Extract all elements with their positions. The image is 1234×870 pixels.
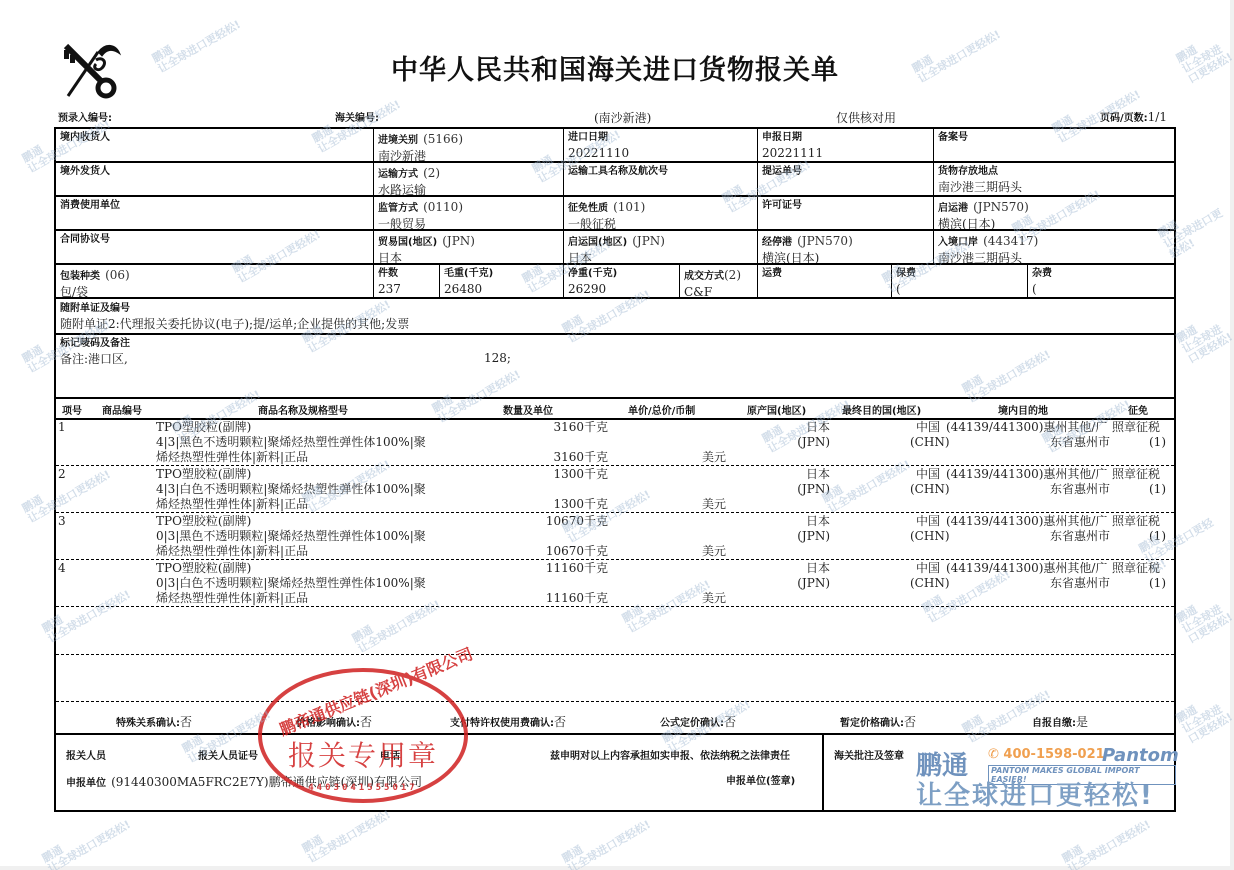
- field-code: (2): [724, 268, 741, 282]
- formula-pricing-confirm: 公式定价确认:否: [660, 711, 736, 730]
- levy-mode: 照章征税: [1112, 467, 1160, 482]
- field-label: 入境口岸: [938, 237, 978, 248]
- field-label: 合同协议号: [60, 232, 369, 247]
- brand-watermark-small: 鹏通让全球进口更轻松!: [40, 808, 133, 870]
- quantity-line1: 1300千克: [553, 467, 608, 482]
- destination-country: 中国: [916, 467, 940, 482]
- company-seal: 鹏帝通供应链(深圳)有限公司 报关专用章 4403041555017: [258, 668, 468, 803]
- page-indicator: 页码/页数:1/1: [1100, 109, 1167, 124]
- supervision-mode-cell: 监管方式 (0110) 一般贸易: [374, 197, 564, 231]
- contract-number-cell: 合同协议号: [56, 231, 374, 265]
- field-value: 26290: [568, 281, 675, 297]
- confirm-value: 否: [904, 715, 916, 729]
- declaring-unit-label: 申报单位: [66, 778, 106, 789]
- origin-country: 日本: [806, 514, 830, 529]
- departure-port-cell: 启运港 (JPN570) 横滨(日本): [934, 197, 1174, 231]
- declarant-label: 报关人员: [66, 747, 106, 762]
- field-code: (JPN570): [973, 200, 1029, 214]
- field-label: 杂费: [1032, 266, 1170, 281]
- goods-name: TPO塑胶粒(副牌): [156, 514, 251, 529]
- field-value: 横滨(日本): [938, 216, 1170, 231]
- footer-divider: [822, 733, 824, 810]
- remarks-extra: 128;: [484, 351, 511, 365]
- field-value: 一般征税: [568, 216, 753, 231]
- quantity-line1: 3160千克: [553, 420, 608, 435]
- goods-spec-line2: 烯烃热塑性弹性体|新料|正品: [156, 497, 308, 512]
- domestic-destination-line1: (44139/441300)惠州其他/广: [946, 514, 1107, 529]
- field-value: 水路运输: [378, 182, 559, 197]
- field-label: 贸易国(地区): [378, 237, 437, 248]
- phone-number: ✆ 400-1598-021: [988, 747, 1105, 762]
- trade-country-cell: 贸易国(地区) (JPN) 日本: [374, 231, 564, 265]
- field-value: (: [1032, 281, 1170, 297]
- domestic-destination-line1: (44139/441300)惠州其他/广: [946, 561, 1107, 576]
- goods-spec-line1: 0|3|黑色不透明颗粒|聚烯烃热塑性弹性体100%|聚: [156, 529, 426, 544]
- domestic-destination-line2: 东省惠州市: [1050, 435, 1110, 450]
- check-only-note: 仅供核对用: [836, 109, 896, 126]
- field-label: 境内收货人: [60, 130, 369, 145]
- header-grid: 境内收货人 进境关别 (5166) 南沙新港 进口日期 20221110 申报日…: [54, 127, 1176, 299]
- col-header-destination: 最终目的国(地区): [842, 402, 921, 417]
- brand-watermark-small: 鹏通让全球进口更轻松!: [1060, 808, 1153, 870]
- customs-declaration-page: 中华人民共和国海关进口货物报关单 预录入编号: 海关编号: (南沙新港) 仅供核…: [0, 0, 1230, 866]
- col-header-origin: 原产国(地区): [747, 402, 806, 417]
- field-code: (443417): [983, 234, 1038, 248]
- field-code: (0110): [423, 200, 463, 214]
- quantity-line2: 11160千克: [546, 591, 608, 606]
- sign-label: 申报单位(签章): [726, 772, 795, 787]
- levy-code: (1): [1149, 529, 1166, 544]
- domestic-destination-line2: 东省惠州市: [1050, 529, 1110, 544]
- domestic-consignee-cell: 境内收货人: [56, 129, 374, 163]
- col-header-levy: 征免: [1128, 402, 1148, 417]
- field-label: 运输工具名称及航次号: [568, 164, 753, 179]
- entry-port-cell: 入境口岸 (443417) 南沙港三期码头: [934, 231, 1174, 265]
- field-label: 经停港: [762, 237, 792, 248]
- field-label: 启运国(地区): [568, 237, 627, 248]
- brand-watermark-small: 鹏通让全球进口更轻松!: [1174, 590, 1234, 646]
- field-value: 26480: [444, 281, 559, 297]
- origin-country: 日本: [806, 561, 830, 576]
- field-label: 保费: [896, 266, 1023, 281]
- field-label: 境外发货人: [60, 164, 369, 179]
- confirm-value: 否: [724, 715, 736, 729]
- declarant-id-label: 报关人员证号: [198, 747, 258, 762]
- seal-number: 4403041555017: [262, 783, 464, 793]
- confirm-value: 是: [1076, 715, 1088, 729]
- field-label: 提运单号: [762, 164, 929, 179]
- package-type-cell: 包装种类 (06) 包/袋: [56, 265, 374, 297]
- goods-spec-line2: 烯烃热塑性弹性体|新料|正品: [156, 591, 308, 606]
- field-code: (JPN570): [797, 234, 853, 248]
- origin-code: (JPN): [797, 576, 830, 591]
- brand-watermark: 鹏通 ✆ 400-1598-021 Pantom PANTOM MAKES GL…: [916, 745, 1176, 805]
- field-label: 征免性质: [568, 203, 608, 214]
- field-value: 一般贸易: [378, 216, 559, 231]
- field-value: 日本: [568, 250, 753, 265]
- customs-approval-label: 海关批注及签章: [834, 747, 904, 762]
- import-date-cell: 进口日期 20221110: [564, 129, 758, 163]
- transport-mode-cell: 运输方式 (2) 水路运输: [374, 163, 564, 197]
- bill-of-lading-cell: 提运单号: [758, 163, 934, 197]
- levy-code: (1): [1149, 435, 1166, 450]
- field-value: 南沙新港: [378, 148, 559, 163]
- field-value: (: [896, 281, 1023, 297]
- consumer-unit-cell: 消费使用单位: [56, 197, 374, 231]
- record-number-cell: 备案号: [934, 129, 1174, 163]
- confirm-value: 否: [180, 715, 192, 729]
- storage-location-cell: 货物存放地点 南沙港三期码头: [934, 163, 1174, 197]
- field-label: 申报日期: [762, 130, 929, 145]
- field-label: 启运港: [938, 203, 968, 214]
- transit-port-cell: 经停港 (JPN570) 横滨(日本): [758, 231, 934, 265]
- customs-number-label: 海关编号:: [335, 109, 379, 124]
- confirm-label: 特殊关系确认:: [116, 718, 180, 729]
- vessel-voyage-cell: 运输工具名称及航次号: [564, 163, 758, 197]
- field-label: 备案号: [938, 130, 1170, 145]
- currency: 美元: [702, 497, 726, 512]
- quantity-line2: 3160千克: [553, 450, 608, 465]
- remarks: 标记唛码及备注 备注:港口区,: [60, 336, 130, 367]
- remarks-value: 备注:港口区,: [60, 351, 130, 367]
- field-label: 进境关别: [378, 135, 418, 146]
- origin-country: 日本: [806, 467, 830, 482]
- field-label: 货物存放地点: [938, 164, 1170, 179]
- overseas-consignor-cell: 境外发货人: [56, 163, 374, 197]
- phone-icon: ✆: [988, 747, 1003, 762]
- field-code: (06): [105, 268, 130, 282]
- field-label: 许可证号: [762, 198, 929, 213]
- quantity-line2: 1300千克: [553, 497, 608, 512]
- field-code: (JPN): [442, 234, 475, 248]
- col-header-domestic-destination: 境内目的地: [998, 402, 1048, 417]
- confirm-label: 公式定价确认:: [660, 718, 724, 729]
- field-label: 净重(千克): [568, 266, 675, 281]
- declaration-date-cell: 申报日期 20221111: [758, 129, 934, 163]
- destination-code: (CHN): [910, 435, 950, 450]
- currency: 美元: [702, 544, 726, 559]
- field-value: 包/袋: [60, 284, 369, 297]
- destination-code: (CHN): [910, 529, 950, 544]
- attached-docs-value: 随附单证2:代理报关委托协议(电子);提/运单;企业提供的其他;发票: [60, 316, 409, 332]
- field-label: 运费: [762, 266, 887, 281]
- confirm-value: 否: [554, 715, 566, 729]
- item-no: 4: [58, 561, 66, 576]
- col-header-quantity: 数量及单位: [503, 402, 553, 417]
- destination-country: 中国: [916, 420, 940, 435]
- field-code: (101): [613, 200, 645, 214]
- attached-docs: 随附单证及编号 随附单证2:代理报关委托协议(电子);提/运单;企业提供的其他;…: [60, 301, 409, 332]
- confirm-label: 暂定价格确认:: [840, 718, 904, 729]
- destination-country: 中国: [916, 514, 940, 529]
- col-header-item-no: 项号: [62, 402, 82, 417]
- origin-code: (JPN): [797, 482, 830, 497]
- field-value: 南沙港三期码头: [938, 250, 1170, 265]
- goods-name: TPO塑胶粒(副牌): [156, 420, 251, 435]
- package-count-cell: 件数 237: [374, 265, 440, 297]
- currency: 美元: [702, 591, 726, 606]
- pre-entry-number-label: 预录入编号:: [58, 109, 112, 124]
- field-code: (JPN): [632, 234, 665, 248]
- field-label: 进口日期: [568, 130, 753, 145]
- brand-name-en: Pantom: [1102, 745, 1179, 766]
- levy-mode: 照章征税: [1112, 514, 1160, 529]
- provisional-price-confirm: 暂定价格确认:否: [840, 711, 916, 730]
- levy-code: (1): [1149, 576, 1166, 591]
- field-value: 237: [378, 281, 435, 297]
- self-declare-confirm: 自报自缴:是: [1032, 711, 1088, 730]
- insurance-cell: 保费 (: [892, 265, 1028, 297]
- goods-spec-line2: 烯烃热塑性弹性体|新料|正品: [156, 450, 308, 465]
- port-note: (南沙新港): [594, 109, 651, 126]
- field-code: (5166): [423, 132, 463, 146]
- brand-watermark-small: 鹏通让全球进口更轻松!: [1174, 690, 1234, 746]
- entry-customs-cell: 进境关别 (5166) 南沙新港: [374, 129, 564, 163]
- confirm-label: 自报自缴:: [1032, 718, 1076, 729]
- levy-nature-cell: 征免性质 (101) 一般征税: [564, 197, 758, 231]
- page-label: 页码/页数:: [1100, 113, 1148, 124]
- origin-code: (JPN): [797, 435, 830, 450]
- field-label: 成交方式: [684, 271, 724, 282]
- goods-spec-line1: 0|3|白色不透明颗粒|聚烯烃热塑性弹性体100%|聚: [156, 576, 426, 591]
- body-grid: 随附单证及编号 随附单证2:代理报关委托协议(电子);提/运单;企业提供的其他;…: [54, 297, 1176, 812]
- freight-cell: 运费: [758, 265, 892, 297]
- attached-docs-label: 随附单证及编号: [60, 301, 409, 316]
- brand-slogan-cn: 让全球进口更轻松!: [916, 775, 1154, 812]
- col-header-goods-name: 商品名称及规格型号: [258, 402, 348, 417]
- origin-country: 日本: [806, 420, 830, 435]
- quantity-line1: 10670千克: [546, 514, 608, 529]
- goods-spec-line2: 烯烃热塑性弹性体|新料|正品: [156, 544, 308, 559]
- item-no: 3: [58, 514, 66, 529]
- quantity-line2: 10670千克: [546, 544, 608, 559]
- item-no: 1: [58, 420, 66, 435]
- departure-country-cell: 启运国(地区) (JPN) 日本: [564, 231, 758, 265]
- phone-text: 400-1598-021: [1003, 747, 1104, 762]
- field-label: 件数: [378, 266, 435, 281]
- goods-name: TPO塑胶粒(副牌): [156, 561, 251, 576]
- goods-name: TPO塑胶粒(副牌): [156, 467, 251, 482]
- brand-watermark-small: 鹏通让全球进口更轻松!: [1174, 310, 1234, 366]
- field-value: 20221110: [568, 145, 753, 161]
- field-value: C&F: [684, 284, 753, 297]
- item-no: 2: [58, 467, 66, 482]
- field-label: 消费使用单位: [60, 198, 369, 213]
- domestic-destination-line2: 东省惠州市: [1050, 482, 1110, 497]
- net-weight-cell: 净重(千克) 26290: [564, 265, 680, 297]
- field-value: 20221111: [762, 145, 929, 161]
- domestic-destination-line1: (44139/441300)惠州其他/广: [946, 420, 1107, 435]
- field-label: 监管方式: [378, 203, 418, 214]
- field-value: 横滨(日本): [762, 250, 929, 265]
- quantity-line1: 11160千克: [546, 561, 608, 576]
- field-code: (2): [423, 166, 440, 180]
- levy-mode: 照章征税: [1112, 561, 1160, 576]
- currency: 美元: [702, 450, 726, 465]
- levy-mode: 照章征税: [1112, 420, 1160, 435]
- special-relation-confirm: 特殊关系确认:否: [116, 711, 192, 730]
- remarks-label: 标记唛码及备注: [60, 336, 130, 351]
- destination-code: (CHN): [910, 576, 950, 591]
- page-value: 1/1: [1148, 110, 1167, 124]
- document-title: 中华人民共和国海关进口货物报关单: [0, 48, 1230, 87]
- destination-country: 中国: [916, 561, 940, 576]
- gross-weight-cell: 毛重(千克) 26480: [440, 265, 564, 297]
- field-label: 包装种类: [60, 271, 100, 282]
- domestic-destination-line2: 东省惠州市: [1050, 576, 1110, 591]
- field-label: 毛重(千克): [444, 266, 559, 281]
- seal-center-text: 报关专用章: [262, 734, 464, 774]
- brand-watermark-small: 鹏通让全球进口更轻松!: [560, 808, 653, 870]
- levy-code: (1): [1149, 482, 1166, 497]
- goods-spec-line1: 4|3|黑色不透明颗粒|聚烯烃热塑性弹性体100%|聚: [156, 435, 426, 450]
- transaction-mode-cell: 成交方式(2) C&F: [680, 265, 758, 297]
- field-label: 运输方式: [378, 169, 418, 180]
- license-number-cell: 许可证号: [758, 197, 934, 231]
- origin-code: (JPN): [797, 529, 830, 544]
- col-header-hs-code: 商品编号: [102, 402, 142, 417]
- royalty-confirm: 支付特许权使用费确认:否: [450, 711, 566, 730]
- field-value: 日本: [378, 250, 559, 265]
- col-header-price: 单价/总价/币制: [628, 402, 695, 417]
- field-value: 南沙港三期码头: [938, 179, 1170, 195]
- destination-code: (CHN): [910, 482, 950, 497]
- misc-charges-cell: 杂费 (: [1028, 265, 1174, 297]
- domestic-destination-line1: (44139/441300)惠州其他/广: [946, 467, 1107, 482]
- legal-statement: 兹申明对以上内容承担如实申报、依法纳税之法律责任: [550, 747, 790, 762]
- goods-spec-line1: 4|3|白色不透明颗粒|聚烯烃热塑性弹性体100%|聚: [156, 482, 426, 497]
